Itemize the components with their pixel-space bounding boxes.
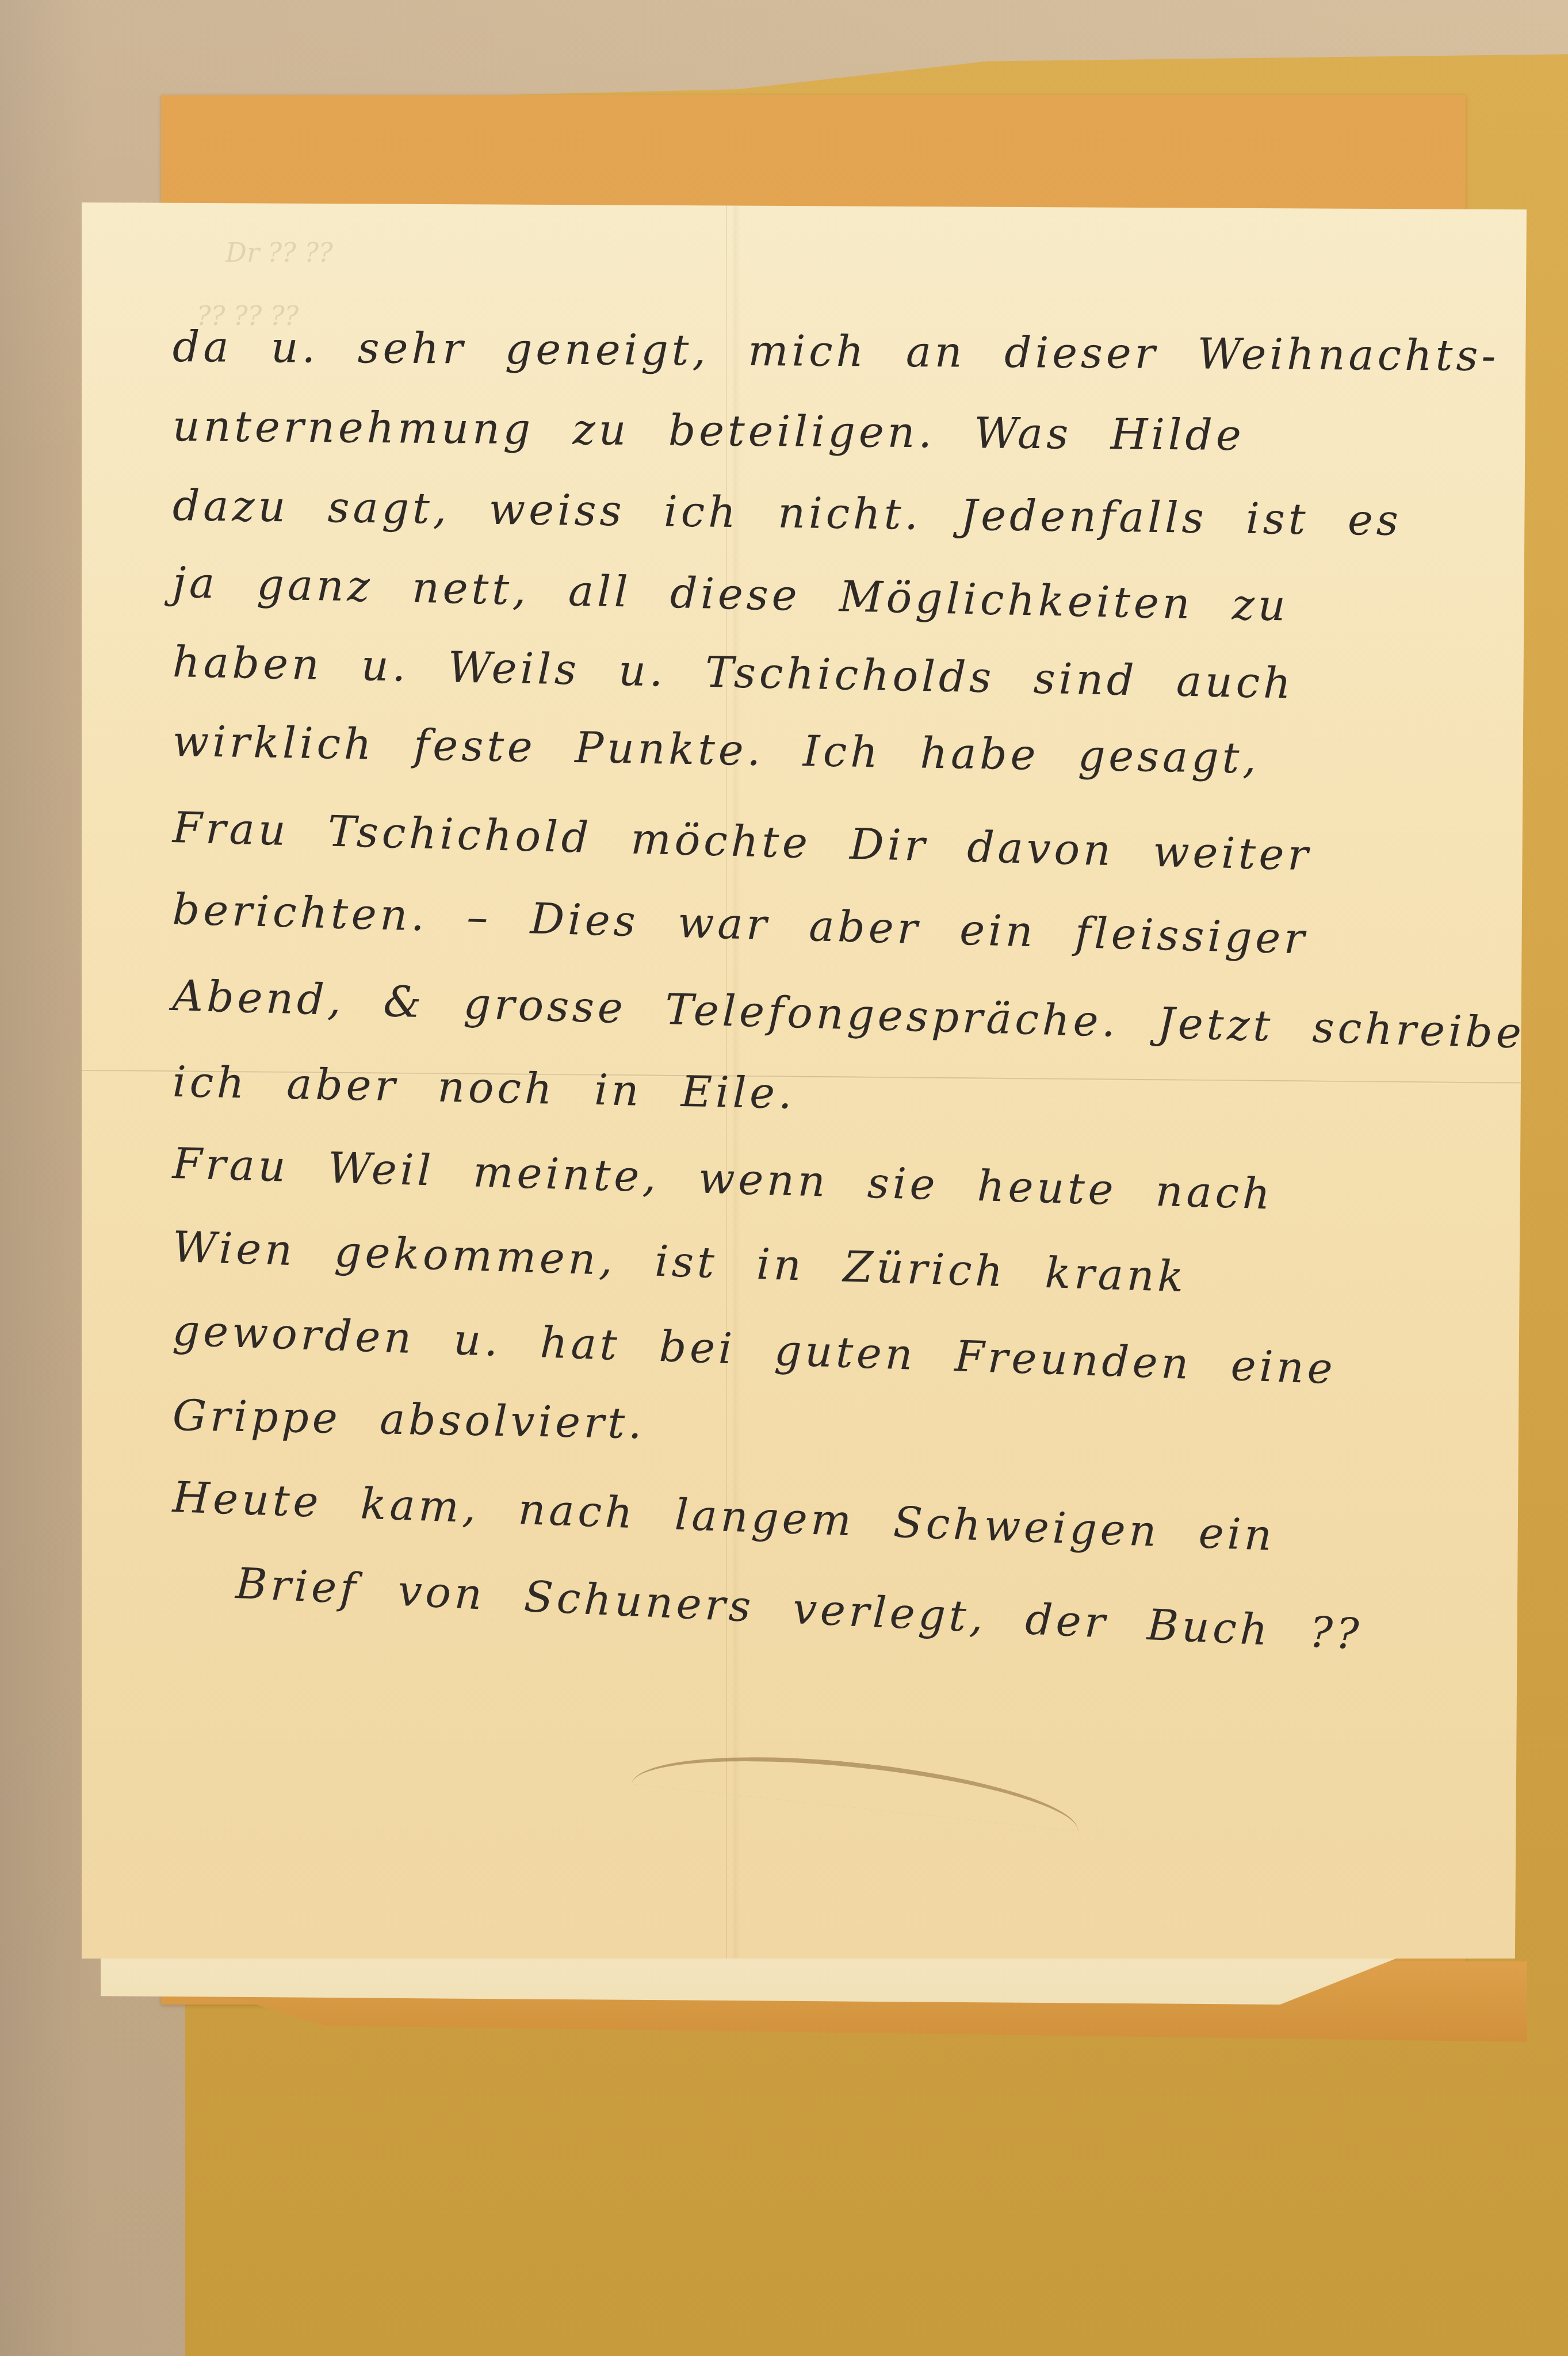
letter-line: da u. sehr geneigt, mich an dieser Weihn…	[173, 322, 1500, 381]
bleed-through-note: Dr ?? ??	[225, 237, 333, 268]
letter-line: Grippe absolviert.	[172, 1391, 645, 1448]
letter-line: unternehmung zu beteiligen. Was Hilde	[173, 401, 1245, 460]
